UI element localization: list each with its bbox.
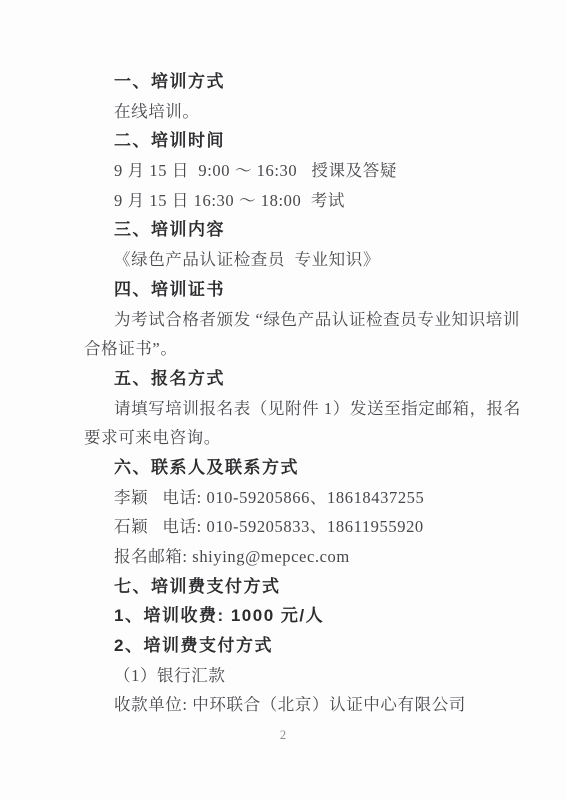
contact-li-ying: 李颖 电话: 010-59205866、18618437255: [114, 483, 566, 513]
page-number: 2: [0, 725, 566, 745]
section-3-heading: 三、培训内容: [114, 215, 566, 245]
document-content: 一、培训方式在线培训。二、培训时间9 月 15 日 9:00 ～ 16:30 授…: [0, 67, 566, 720]
fee-amount-line: 1、培训收费: 1000 元/人: [114, 601, 566, 631]
section-7-heading: 七、培训费支付方式: [114, 572, 566, 602]
fee-payment-line: 2、培训费支付方式: [114, 631, 566, 661]
certificate-line-1: 为考试合格者颁发 “绿色产品认证检查员专业知识培训: [114, 305, 566, 335]
section-2-heading: 二、培训时间: [114, 126, 566, 156]
section-1-heading: 一、培训方式: [114, 67, 566, 97]
certificate-line-2: 合格证书”。: [84, 334, 566, 364]
training-content-line: 《绿色产品认证检查员 专业知识》: [114, 245, 566, 275]
document-page: 一、培训方式在线培训。二、培训时间9 月 15 日 9:00 ～ 16:30 授…: [0, 0, 566, 800]
registration-line-1: 请填写培训报名表（见附件 1）发送至指定邮箱，报名: [114, 394, 566, 424]
registration-email: 报名邮箱: shiying@mepcec.com: [114, 542, 566, 572]
training-time-line-2: 9 月 15 日 16:30 ～ 18:00 考试: [114, 186, 566, 216]
section-4-heading: 四、培训证书: [114, 275, 566, 305]
payee-line: 收款单位: 中环联合（北京）认证中心有限公司: [114, 690, 566, 720]
bank-transfer-line: （1）银行汇款: [114, 661, 566, 691]
contact-shi-ying: 石颖 电话: 010-59205833、18611955920: [114, 512, 566, 542]
section-1-body: 在线培训。: [114, 97, 566, 127]
section-5-heading: 五、报名方式: [114, 364, 566, 394]
registration-line-2: 要求可来电咨询。: [84, 423, 566, 453]
training-time-line-1: 9 月 15 日 9:00 ～ 16:30 授课及答疑: [114, 156, 566, 186]
section-6-heading: 六、联系人及联系方式: [114, 453, 566, 483]
